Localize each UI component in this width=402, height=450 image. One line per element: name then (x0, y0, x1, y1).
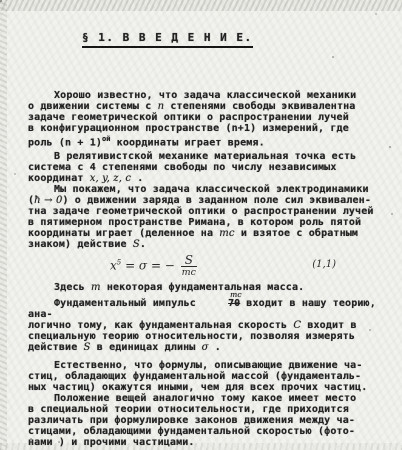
equation-middle: = σ = − (121, 259, 178, 273)
paragraph-text: . (209, 342, 221, 353)
fraction-numerator: S (181, 254, 197, 267)
section-title-wrap: § 1. В В Е Д Е Н И Е. (82, 26, 388, 48)
var-action-S: S (133, 239, 140, 250)
paragraph-text: Естественно, что формулы, описывающие дв… (28, 360, 367, 393)
equation-number: (1,1) (312, 259, 336, 270)
var-m: m (91, 282, 101, 293)
paragraph-text: Фундаментальный импульс (54, 298, 202, 309)
struck-text: 70 (228, 298, 240, 309)
paragraph-text: В релятивистской механике материальная т… (28, 151, 356, 184)
paragraph-text: Здесь (54, 282, 91, 293)
var-C: C (293, 320, 301, 331)
equation-lhs: x (110, 259, 117, 273)
equation-1-1: x5 = σ = − Smc (1,1) (110, 254, 388, 280)
paragraph-text: некоторая фундаментальная масса. (101, 282, 305, 293)
paragraph-fundamental-particles: Естественно, что формулы, описывающие дв… (28, 360, 388, 393)
paragraph-text: Положение вещей аналогично тому какое им… (28, 393, 356, 448)
paragraph-text: . (131, 173, 143, 184)
paragraph-intro: Хорошо известно, что задача классической… (28, 90, 388, 148)
var-mc: mc (219, 228, 234, 239)
scan-speckles (0, 0, 2, 2)
var-sigma: σ (202, 342, 209, 353)
hbar-limit: ħ → 0 (34, 195, 62, 206)
fraction-denominator: mc (181, 267, 197, 278)
scan-edge-left (0, 0, 7, 450)
handwritten-correction-mc: mc (204, 291, 242, 298)
equation-body: x5 = σ = − Smc (110, 254, 197, 278)
paragraph-electrodynamics: Мы покажем, что задача классической элек… (28, 184, 388, 250)
corrected-symbol: 70mc (202, 298, 240, 309)
paragraph-photons: Положение вещей аналогично тому какое им… (28, 393, 388, 448)
var-action-S: S (84, 342, 91, 353)
paragraph-text: . (140, 239, 146, 250)
fraction: Smc (181, 254, 197, 278)
scan-edge-top (0, 0, 402, 11)
coordinate-variables: x, y, z, c (90, 173, 131, 184)
paragraph-fundamental-impulse: Фундаментальный импульс 70mc входит в на… (28, 298, 388, 353)
section-title: § 1. В В Е Д Е Н И Е. (82, 31, 253, 48)
scanned-page: § 1. В В Е Д Е Н И Е. Хорошо известно, ч… (0, 0, 402, 450)
paragraph-relativistic: В релятивистской механике материальная т… (28, 151, 388, 184)
paragraph-text: координаты играет время. (110, 137, 264, 148)
text-column: § 1. В В Е Д Е Н И Е. Хорошо известно, ч… (28, 26, 388, 448)
paragraph-text: в единицах длины (91, 342, 202, 353)
